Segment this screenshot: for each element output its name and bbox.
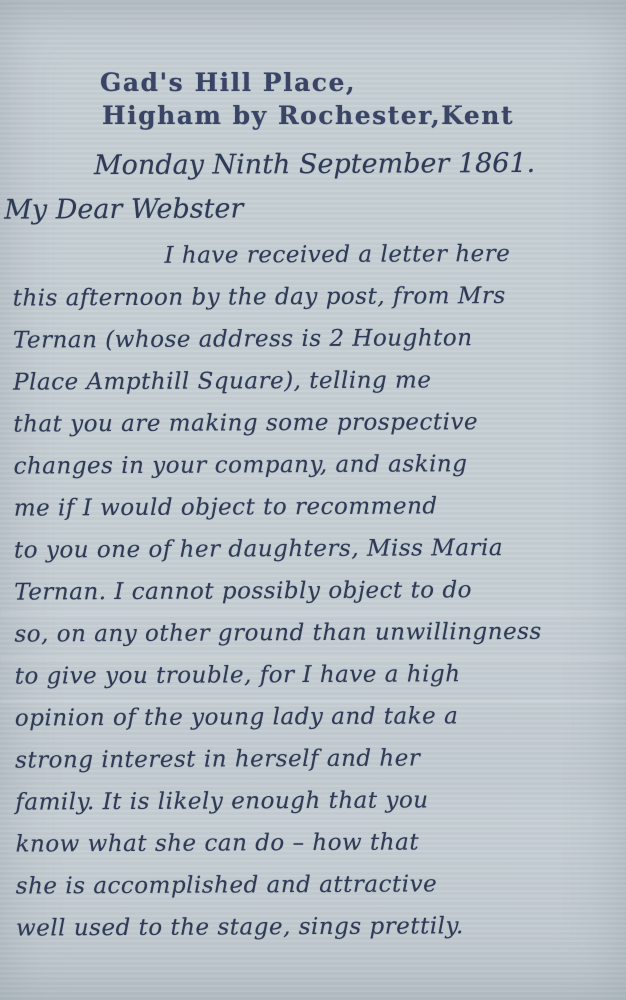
- letter-body: I have received a letter here this after…: [12, 232, 614, 949]
- manuscript: Monday Ninth September 1861. My Dear Web…: [0, 146, 626, 949]
- letterhead: Gad's Hill Place, Higham by Rochester,Ke…: [0, 0, 626, 132]
- letterhead-address-line1: Gad's Hill Place,: [100, 66, 514, 99]
- letterhead-text: Gad's Hill Place, Higham by Rochester,Ke…: [100, 66, 514, 132]
- salutation: My Dear Webster: [4, 190, 624, 227]
- date-line: Monday Ninth September 1861.: [94, 146, 624, 183]
- letterhead-address-line2: Higham by Rochester,Kent: [100, 99, 514, 132]
- letter-page: Gad's Hill Place, Higham by Rochester,Ke…: [0, 0, 626, 1000]
